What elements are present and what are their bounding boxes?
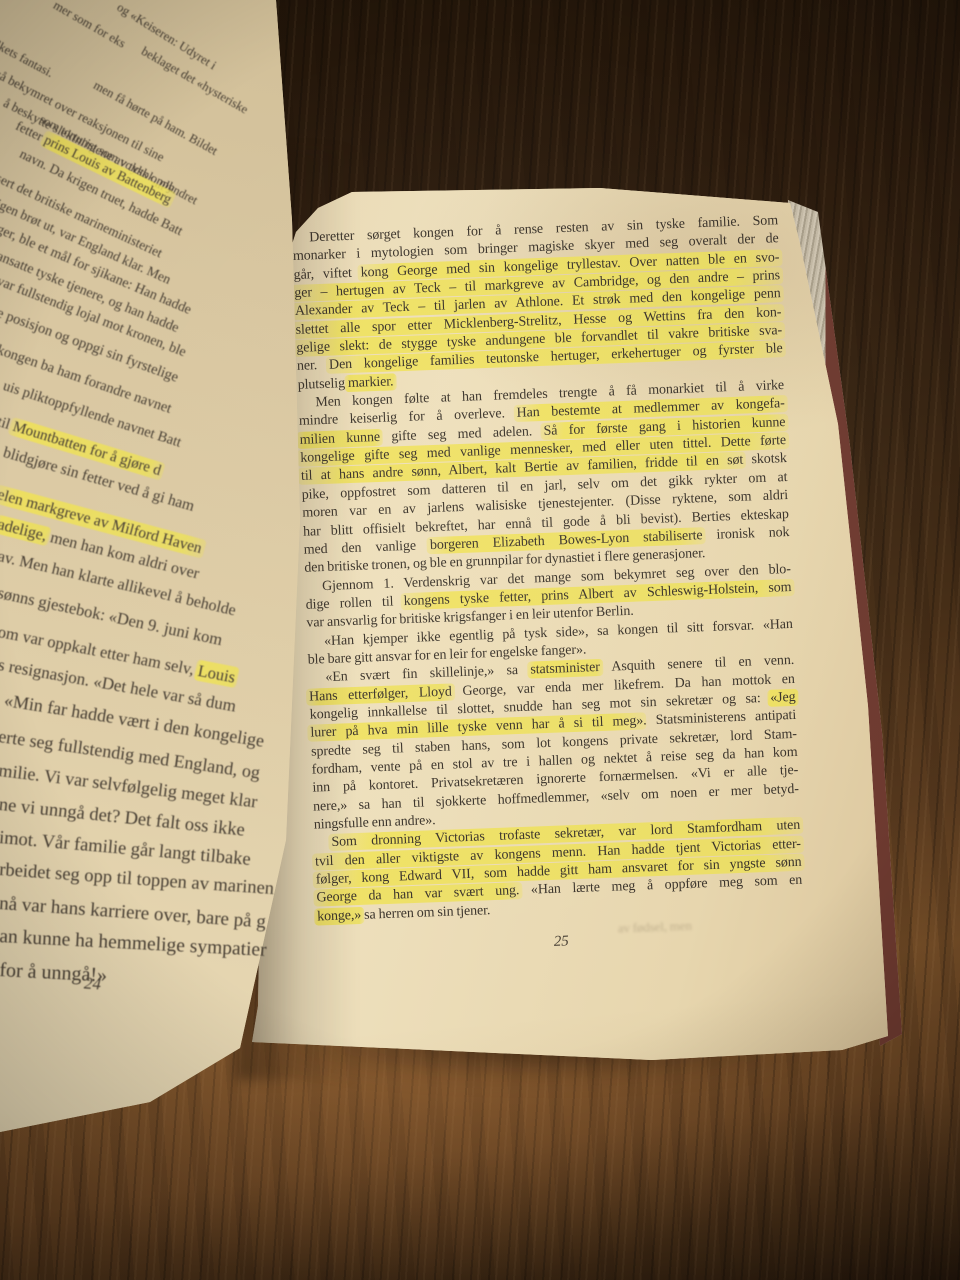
left-page-text-block: mer som for eksog «Keiseren: Udyret ibek… <box>0 0 960 1280</box>
left-page-fragment: an kunne ha hemmelige sympatier <box>0 926 267 962</box>
book-photo: av fødsel, men Deretter sørget kongen fo… <box>0 0 960 1280</box>
highlight-span: Louis <box>193 659 240 688</box>
text-span: nå var hans karriere over, bare på g <box>0 893 267 933</box>
page-number-left: 24 <box>83 973 101 994</box>
text-span: an kunne ha hemmelige sympatier <box>0 926 267 961</box>
